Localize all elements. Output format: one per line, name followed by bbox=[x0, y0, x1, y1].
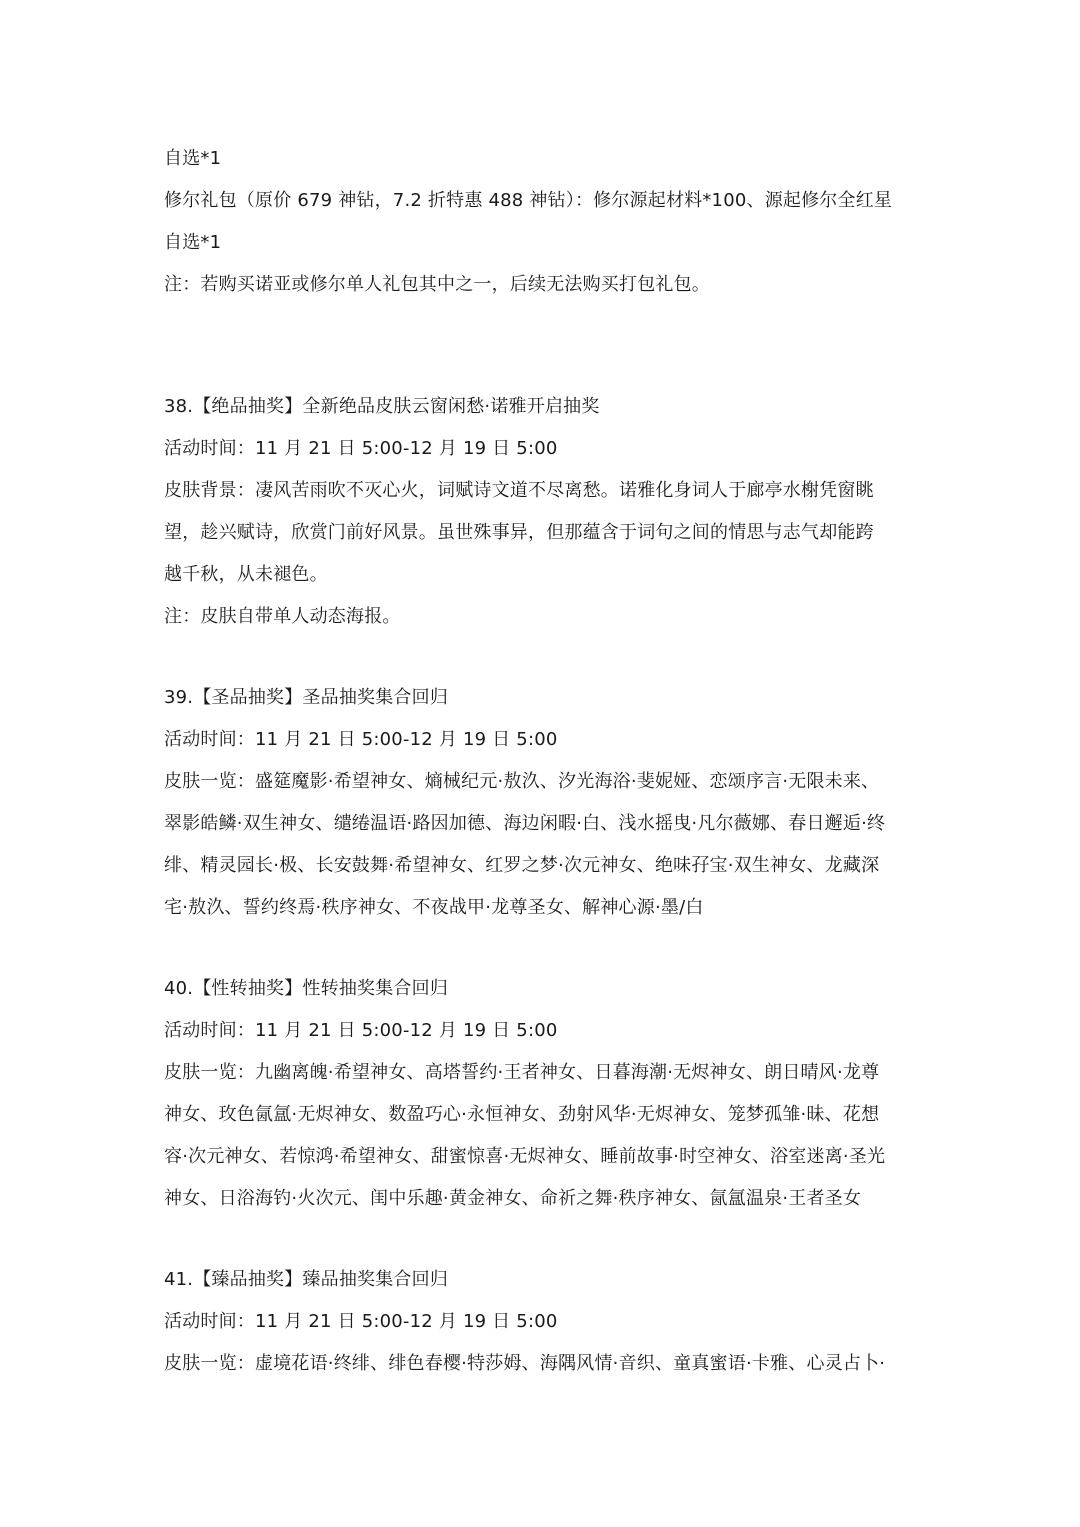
body-line: 皮肤一览：九幽离魄·希望神女、高塔誓约·王者神女、日暮海潮·无烬神女、朗日晴风·… bbox=[164, 1052, 924, 1094]
intro-line: 修尔礼包（原价 679 神钻，7.2 折特惠 488 神钻）：修尔源起材料*10… bbox=[164, 180, 924, 222]
section-title: 39.【圣品抽奖】圣品抽奖集合回归 bbox=[164, 677, 924, 719]
section-40: 40.【性转抽奖】性转抽奖集合回归 活动时间：11 月 21 日 5:00-12… bbox=[164, 968, 924, 1220]
body-line: 翠影皓鳞·双生神女、缱绻温语·路因加德、海边闲暇·白、浅水摇曳·凡尔薇娜、春日邂… bbox=[164, 803, 924, 845]
activity-time: 活动时间：11 月 21 日 5:00-12 月 19 日 5:00 bbox=[164, 1301, 924, 1343]
spacer bbox=[164, 1220, 924, 1259]
body-line: 越千秋，从未褪色。 bbox=[164, 554, 924, 596]
activity-time: 活动时间：11 月 21 日 5:00-12 月 19 日 5:00 bbox=[164, 428, 924, 470]
intro-line: 自选*1 bbox=[164, 222, 924, 264]
body-line: 皮肤一览：虚境花语·终绯、绯色春樱·特莎姆、海隅风情·音织、童真蜜语·卡雅、心灵… bbox=[164, 1343, 924, 1385]
intro-block: 自选*1 修尔礼包（原价 679 神钻，7.2 折特惠 488 神钻）：修尔源起… bbox=[164, 138, 924, 306]
body-line: 神女、玫色氤氲·无烬神女、数盈巧心·永恒神女、劲射风华·无烬神女、笼梦孤雏·昧、… bbox=[164, 1094, 924, 1136]
section-39: 39.【圣品抽奖】圣品抽奖集合回归 活动时间：11 月 21 日 5:00-12… bbox=[164, 677, 924, 929]
section-41: 41.【臻品抽奖】臻品抽奖集合回归 活动时间：11 月 21 日 5:00-12… bbox=[164, 1259, 924, 1385]
activity-time: 活动时间：11 月 21 日 5:00-12 月 19 日 5:00 bbox=[164, 719, 924, 761]
body-line: 皮肤背景：凄风苦雨吹不灭心火，词赋诗文道不尽离愁。诺雅化身词人于廊亭水榭凭窗眺 bbox=[164, 470, 924, 512]
spacer bbox=[164, 638, 924, 677]
body-line: 神女、日浴海钓·火次元、闺中乐趣·黄金神女、命祈之舞·秩序神女、氤氲温泉·王者圣… bbox=[164, 1178, 924, 1220]
body-line: 望，趁兴赋诗，欣赏门前好风景。虽世殊事异，但那蕴含于词句之间的情思与志气却能跨 bbox=[164, 512, 924, 554]
body-line: 绯、精灵园长·极、长安鼓舞·希望神女、红罗之梦·次元神女、绝味孖宝·双生神女、龙… bbox=[164, 845, 924, 887]
intro-line: 自选*1 bbox=[164, 138, 924, 180]
spacer bbox=[164, 929, 924, 968]
document-page: 自选*1 修尔礼包（原价 679 神钻，7.2 折特惠 488 神钻）：修尔源起… bbox=[164, 138, 924, 1385]
spacer bbox=[164, 306, 924, 386]
body-line: 皮肤一览：盛筵魔影·希望神女、熵械纪元·敖汣、汐光海浴·斐妮娅、恋颂序言·无限未… bbox=[164, 761, 924, 803]
section-38: 38.【绝品抽奖】全新绝品皮肤云窗闲愁·诺雅开启抽奖 活动时间：11 月 21 … bbox=[164, 386, 924, 638]
intro-note: 注：若购买诺亚或修尔单人礼包其中之一，后续无法购买打包礼包。 bbox=[164, 264, 924, 306]
section-title: 41.【臻品抽奖】臻品抽奖集合回归 bbox=[164, 1259, 924, 1301]
section-title: 38.【绝品抽奖】全新绝品皮肤云窗闲愁·诺雅开启抽奖 bbox=[164, 386, 924, 428]
body-line: 宅·敖汣、誓约终焉·秩序神女、不夜战甲·龙尊圣女、解神心源·墨/白 bbox=[164, 887, 924, 929]
section-title: 40.【性转抽奖】性转抽奖集合回归 bbox=[164, 968, 924, 1010]
body-line: 容·次元神女、若惊鸿·希望神女、甜蜜惊喜·无烬神女、睡前故事·时空神女、浴室迷离… bbox=[164, 1136, 924, 1178]
section-note: 注：皮肤自带单人动态海报。 bbox=[164, 596, 924, 638]
activity-time: 活动时间：11 月 21 日 5:00-12 月 19 日 5:00 bbox=[164, 1010, 924, 1052]
